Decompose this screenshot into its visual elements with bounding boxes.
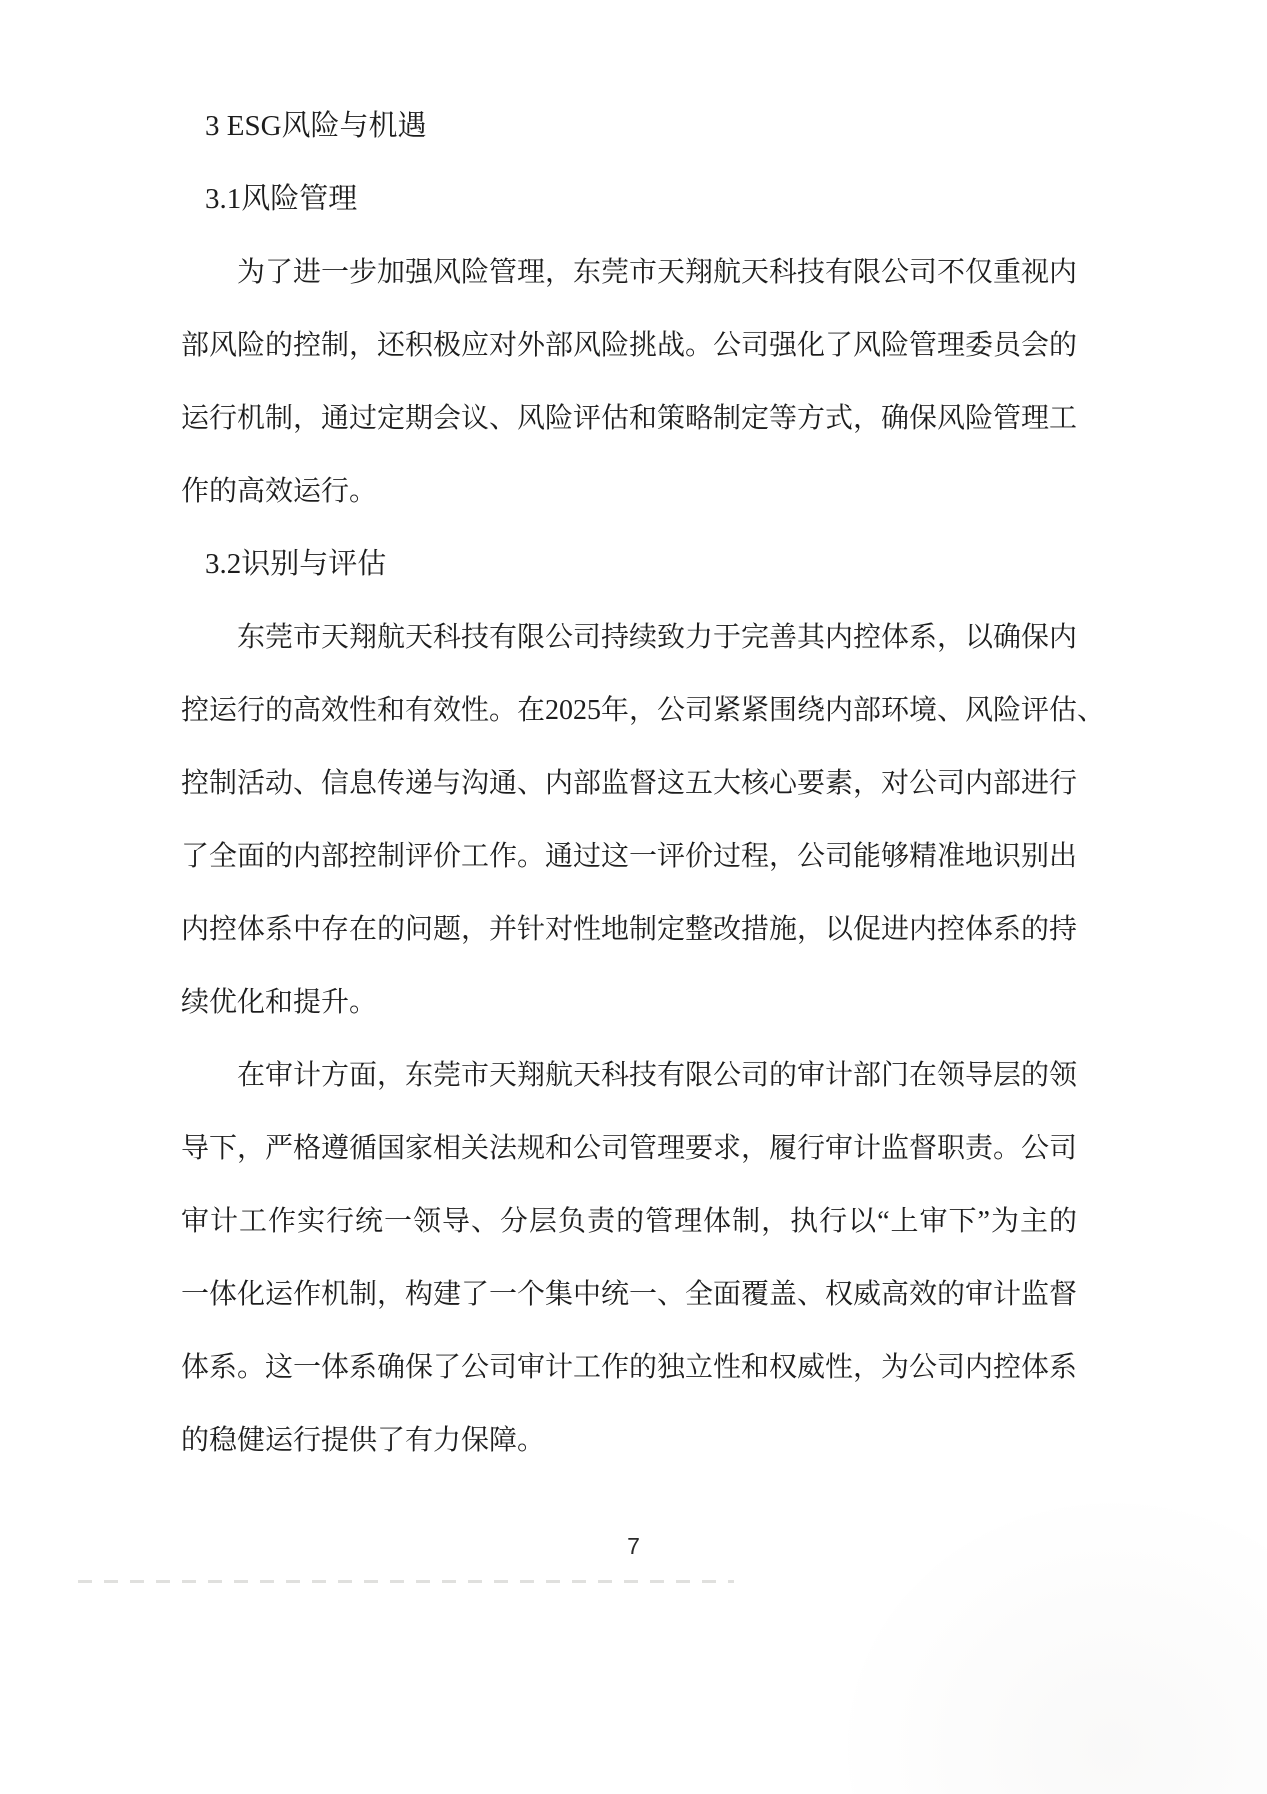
paragraph-line: 控制活动、信息传递与沟通、内部监督这五大核心要素，对公司内部进行 <box>181 747 1077 820</box>
paragraph-line: 控运行的高效性和有效性。在2025年，公司紧紧围绕内部环境、风险评估、 <box>181 674 1077 747</box>
paragraph-line: 一体化运作机制，构建了一个集中统一、全面覆盖、权威高效的审计监督 <box>181 1258 1077 1331</box>
paragraph-line: 体系。这一体系确保了公司审计工作的独立性和权威性，为公司内控体系 <box>181 1331 1077 1404</box>
paragraph-line: 续优化和提升。 <box>181 966 1077 1039</box>
paragraph-line: 导下，严格遵循国家相关法规和公司管理要求，履行审计监督职责。公司 <box>181 1112 1077 1185</box>
paragraph-line: 东莞市天翔航天科技有限公司持续致力于完善其内控体系，以确保内 <box>181 601 1077 674</box>
section-3-1-paragraph: 为了进一步加强风险管理，东莞市天翔航天科技有限公司不仅重视内 部风险的控制，还积… <box>181 236 1077 528</box>
scan-artifact-dotted-line <box>78 1580 734 1583</box>
document-body: 3 ESG风险与机遇 3.1风险管理 为了进一步加强风险管理，东莞市天翔航天科技… <box>181 90 1077 1477</box>
paragraph-line: 为了进一步加强风险管理，东莞市天翔航天科技有限公司不仅重视内 <box>181 236 1077 309</box>
section-3-1-heading: 3.1风险管理 <box>181 163 1077 236</box>
section-3-2-paragraph-2: 在审计方面，东莞市天翔航天科技有限公司的审计部门在领导层的领 导下，严格遵循国家… <box>181 1039 1077 1477</box>
paragraph-line: 的稳健运行提供了有力保障。 <box>181 1404 1077 1477</box>
section-3-2-heading: 3.2识别与评估 <box>181 528 1077 601</box>
paragraph-line: 审计工作实行统一领导、分层负责的管理体制，执行以“上审下”为主的 <box>181 1185 1077 1258</box>
paragraph-line: 内控体系中存在的问题，并针对性地制定整改措施，以促进内控体系的持 <box>181 893 1077 966</box>
paragraph-line: 在审计方面，东莞市天翔航天科技有限公司的审计部门在领导层的领 <box>181 1039 1077 1112</box>
section-3-2-paragraph-1: 东莞市天翔航天科技有限公司持续致力于完善其内控体系，以确保内 控运行的高效性和有… <box>181 601 1077 1039</box>
document-page: { "page": { "background": "#ffffff", "te… <box>0 0 1267 1794</box>
page-number: 7 <box>0 1528 1267 1564</box>
paragraph-line: 部风险的控制，还积极应对外部风险挑战。公司强化了风险管理委员会的 <box>181 309 1077 382</box>
paragraph-line: 了全面的内部控制评价工作。通过这一评价过程，公司能够精准地识别出 <box>181 820 1077 893</box>
chapter-heading: 3 ESG风险与机遇 <box>181 90 1077 163</box>
paragraph-line: 运行机制，通过定期会议、风险评估和策略制定等方式，确保风险管理工 <box>181 382 1077 455</box>
paragraph-line: 作的高效运行。 <box>181 455 1077 528</box>
